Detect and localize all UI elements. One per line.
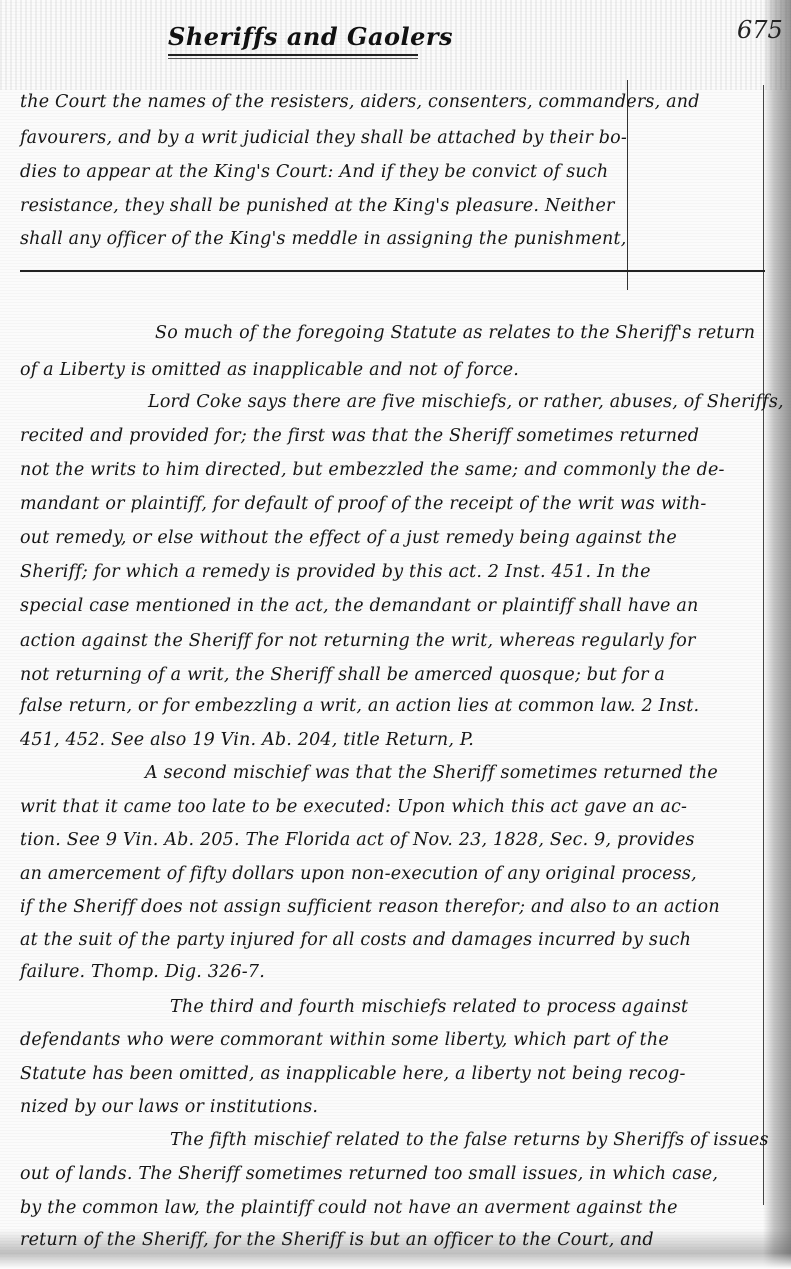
page-number: 675 bbox=[737, 16, 783, 44]
text-line: if the Sheriff does not assign sufficien… bbox=[20, 897, 720, 917]
text-line: 451, 452. See also 19 Vin. Ab. 204, titl… bbox=[20, 730, 474, 750]
page-title: Sheriffs and Gaolers bbox=[168, 22, 453, 51]
text-line: out of lands. The Sheriff sometimes retu… bbox=[20, 1164, 718, 1184]
margin-rule-outer bbox=[763, 85, 764, 1205]
text-line: not returning of a writ, the Sheriff sha… bbox=[20, 665, 665, 685]
text-line: A second mischief was that the Sheriff s… bbox=[145, 763, 718, 783]
text-line: favourers, and by a writ judicial they s… bbox=[20, 128, 627, 148]
text-line: defendants who were commorant within som… bbox=[20, 1030, 669, 1050]
text-line: by the common law, the plaintiff could n… bbox=[20, 1198, 678, 1218]
text-line: So much of the foregoing Statute as rela… bbox=[155, 323, 755, 343]
text-line: resistance, they shall be punished at th… bbox=[20, 196, 615, 216]
title-underline bbox=[168, 54, 418, 59]
text-line: action against the Sheriff for not retur… bbox=[20, 631, 696, 651]
text-line: tion. See 9 Vin. Ab. 205. The Florida ac… bbox=[20, 830, 695, 850]
text-line: failure. Thomp. Dig. 326-7. bbox=[20, 962, 265, 982]
text-line: of a Liberty is omitted as inapplicable … bbox=[20, 360, 519, 380]
text-line: mandant or plaintiff, for default of pro… bbox=[20, 494, 707, 514]
text-line: not the writs to him directed, but embez… bbox=[20, 460, 725, 480]
text-line: Sheriff; for which a remedy is provided … bbox=[20, 562, 651, 582]
section-divider bbox=[20, 270, 765, 272]
text-line: The fifth mischief related to the false … bbox=[170, 1130, 769, 1150]
text-line: at the suit of the party injured for all… bbox=[20, 930, 691, 950]
text-line: Statute has been omitted, as inapplicabl… bbox=[20, 1064, 686, 1084]
text-line: the Court the names of the resisters, ai… bbox=[20, 92, 700, 112]
text-line: dies to appear at the King's Court: And … bbox=[20, 162, 608, 182]
manuscript-page: Sheriffs and Gaolers 675 the Court the n… bbox=[0, 0, 791, 1269]
text-line: The third and fourth mischiefs related t… bbox=[170, 997, 688, 1017]
text-line: special case mentioned in the act, the d… bbox=[20, 596, 698, 616]
text-line: return of the Sheriff, for the Sheriff i… bbox=[20, 1230, 654, 1250]
text-line: false return, or for embezzling a writ, … bbox=[20, 696, 699, 716]
page-edge-shadow bbox=[763, 0, 791, 1269]
text-line: writ that it came too late to be execute… bbox=[20, 797, 687, 817]
text-line: out remedy, or else without the effect o… bbox=[20, 528, 677, 548]
text-line: recited and provided for; the first was … bbox=[20, 426, 699, 446]
text-line: shall any officer of the King's meddle i… bbox=[20, 229, 627, 249]
text-line: an amercement of fifty dollars upon non-… bbox=[20, 864, 697, 884]
text-line: Lord Coke says there are five mischiefs,… bbox=[148, 392, 784, 412]
text-line: nized by our laws or institutions. bbox=[20, 1097, 318, 1117]
